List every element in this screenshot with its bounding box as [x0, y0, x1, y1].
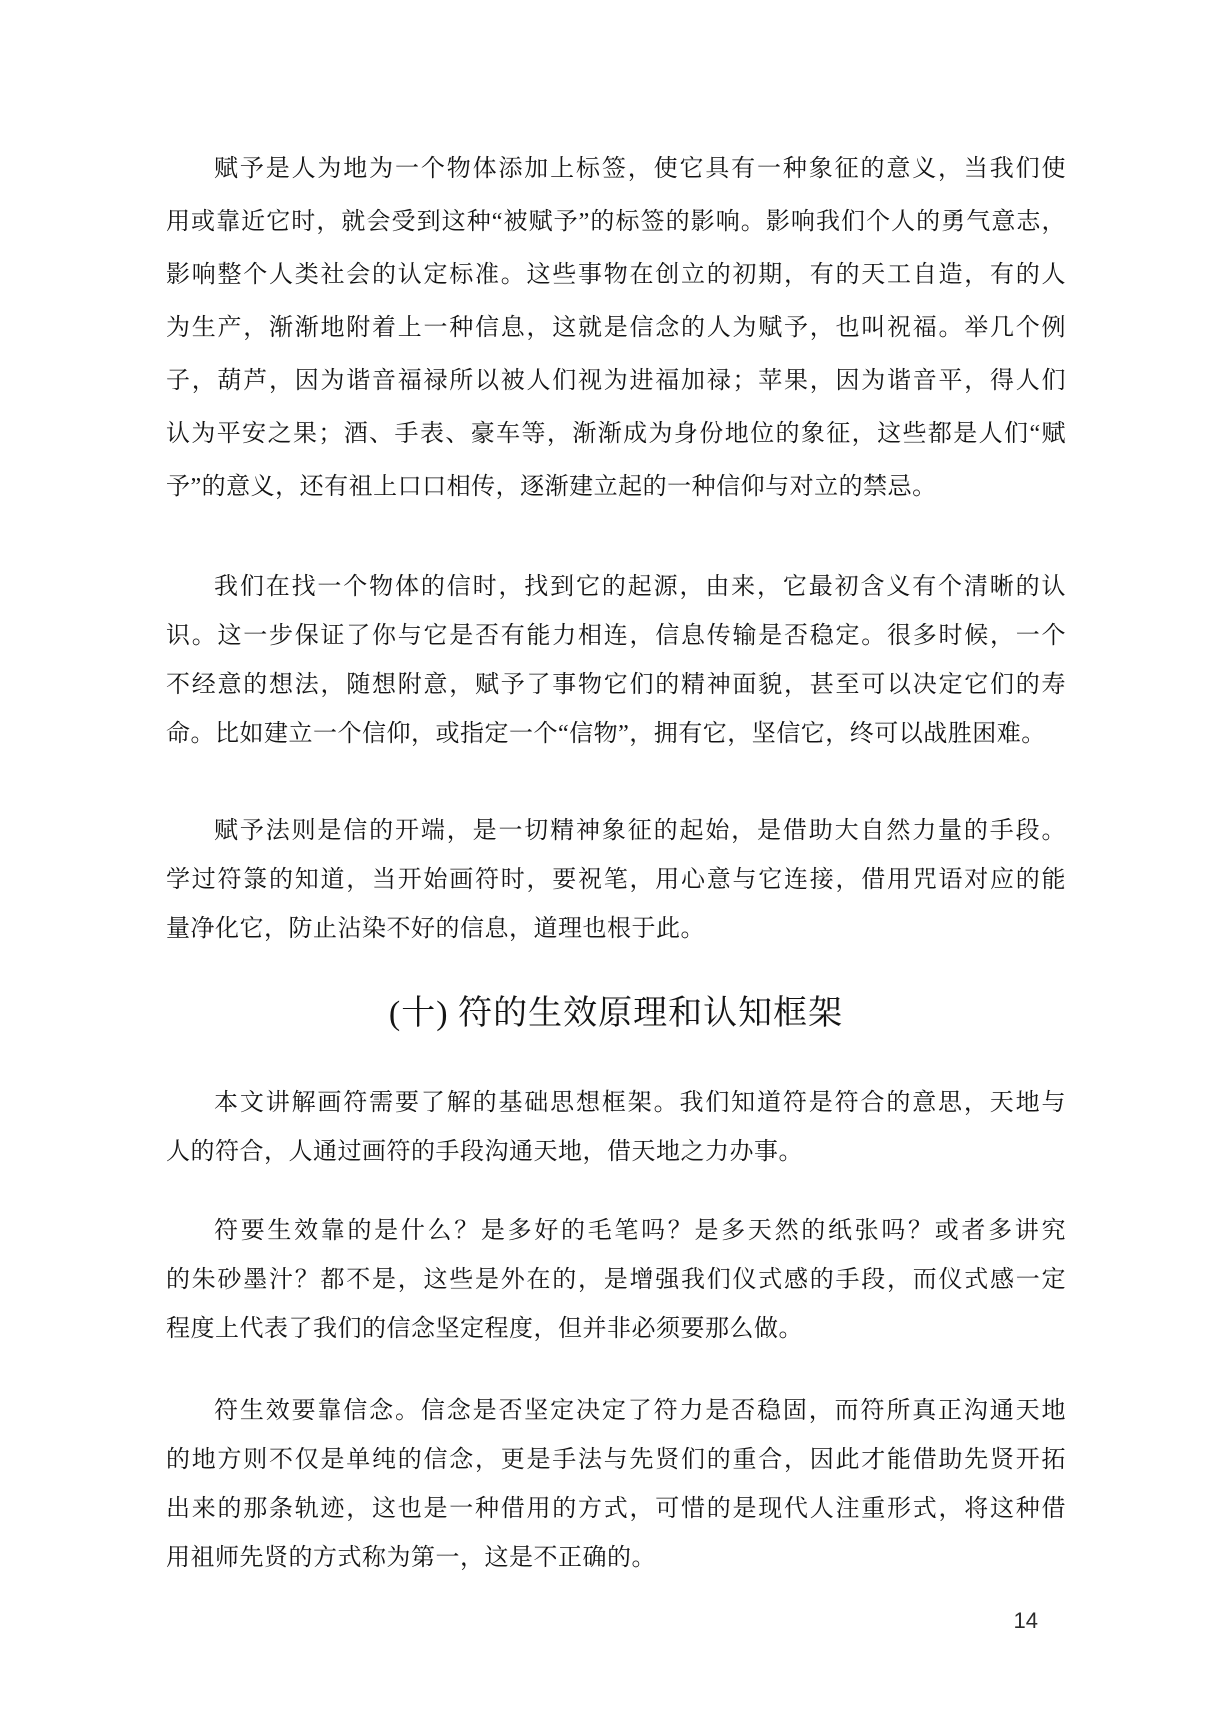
text-line: 用或靠近它时，就会受到这种“被赋予”的标签的影响。影响我们个人的勇气意志，: [166, 196, 1066, 249]
text-line: 不经意的想法，随想附意，赋予了事物它们的精神面貌，甚至可以决定它们的寿: [166, 661, 1066, 710]
text-line: 符生效要靠信念。信念是否坚定决定了符力是否稳固，而符所真正沟通天地: [166, 1387, 1066, 1436]
text-line: 赋予法则是信的开端，是一切精神象征的起始，是借助大自然力量的手段。: [166, 807, 1066, 856]
text-line: 我们在找一个物体的信时，找到它的起源，由来，它最初含义有个清晰的认: [166, 563, 1066, 612]
text-line: 学过符箓的知道，当开始画符时，要祝笔，用心意与它连接，借用咒语对应的能: [166, 856, 1066, 905]
text-line: 子，葫芦，因为谐音福禄所以被人们视为进福加禄；苹果，因为谐音平，得人们: [166, 355, 1066, 408]
paragraph: 我们在找一个物体的信时，找到它的起源，由来，它最初含义有个清晰的认 识。这一步保…: [166, 563, 1066, 759]
text-line: 程度上代表了我们的信念坚定程度，但并非必须要那么做。: [166, 1305, 1066, 1354]
paragraph: 本文讲解画符需要了解的基础思想框架。我们知道符是符合的意思，天地与 人的符合，人…: [166, 1079, 1066, 1177]
text-line: 命。比如建立一个信仰，或指定一个“信物”，拥有它，坚信它，终可以战胜困难。: [166, 710, 1066, 759]
paragraph: 符生效要靠信念。信念是否坚定决定了符力是否稳固，而符所真正沟通天地 的地方则不仅…: [166, 1387, 1066, 1583]
text-content: 赋予是人为地为一个物体添加上标签，使它具有一种象征的意义，当我们使 用或靠近它时…: [166, 0, 1066, 1634]
text-line: 认为平安之果；酒、手表、豪车等，渐渐成为身份地位的象征，这些都是人们“赋: [166, 408, 1066, 461]
text-line: 的朱砂墨汁？都不是，这些是外在的，是增强我们仪式感的手段，而仪式感一定: [166, 1256, 1066, 1305]
text-line: 的地方则不仅是单纯的信念，更是手法与先贤们的重合，因此才能借助先贤开拓: [166, 1436, 1066, 1485]
section-heading: (十) 符的生效原理和认知框架: [166, 988, 1066, 1040]
text-line: 量净化它，防止沾染不好的信息，道理也根于此。: [166, 905, 1066, 954]
page-number: 14: [1014, 1608, 1038, 1633]
text-line: 本文讲解画符需要了解的基础思想框架。我们知道符是符合的意思，天地与: [166, 1079, 1066, 1128]
text-line: 影响整个人类社会的认定标准。这些事物在创立的初期，有的天工自造，有的人: [166, 249, 1066, 302]
text-line: 出来的那条轨迹，这也是一种借用的方式，可惜的是现代人注重形式，将这种借: [166, 1485, 1066, 1534]
footer: 14: [166, 1608, 1066, 1634]
text-line: 予”的意义，还有祖上口口相传，逐渐建立起的一种信仰与对立的禁忌。: [166, 461, 1066, 514]
paragraph: 赋予是人为地为一个物体添加上标签，使它具有一种象征的意义，当我们使 用或靠近它时…: [166, 143, 1066, 514]
paragraph: 赋予法则是信的开端，是一切精神象征的起始，是借助大自然力量的手段。 学过符箓的知…: [166, 807, 1066, 954]
document-page: 赋予是人为地为一个物体添加上标签，使它具有一种象征的意义，当我们使 用或靠近它时…: [0, 0, 1226, 1735]
text-line: 赋予是人为地为一个物体添加上标签，使它具有一种象征的意义，当我们使: [166, 143, 1066, 196]
text-line: 用祖师先贤的方式称为第一，这是不正确的。: [166, 1534, 1066, 1583]
text-line: 为生产，渐渐地附着上一种信息，这就是信念的人为赋予，也叫祝福。举几个例: [166, 302, 1066, 355]
text-line: 识。这一步保证了你与它是否有能力相连，信息传输是否稳定。很多时候，一个: [166, 612, 1066, 661]
paragraph: 符要生效靠的是什么？是多好的毛笔吗？是多天然的纸张吗？或者多讲究 的朱砂墨汁？都…: [166, 1207, 1066, 1354]
text-line: 符要生效靠的是什么？是多好的毛笔吗？是多天然的纸张吗？或者多讲究: [166, 1207, 1066, 1256]
text-line: 人的符合，人通过画符的手段沟通天地，借天地之力办事。: [166, 1128, 1066, 1177]
